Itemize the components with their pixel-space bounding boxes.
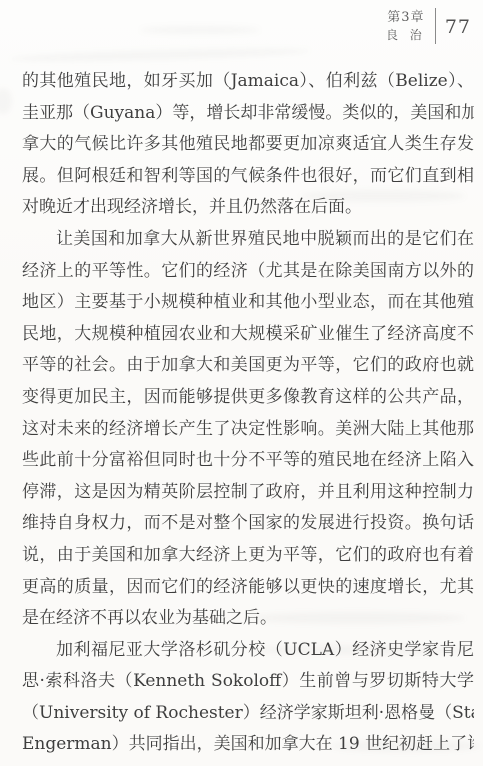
scan-bleedthrough-artifact [140, 26, 260, 34]
chapter-title: 良 治 [386, 27, 426, 43]
text-line: 展。但阿根廷和智利等国的气候条件也很好，而它们直到相 [22, 161, 474, 193]
paragraph: 的其他殖民地，如牙买加（Jamaica）、伯利兹（Belize）、圭亚那（Guy… [22, 66, 474, 224]
text-line: Engerman）共同指出，美国和加拿大在 19 世纪初赶上了许 [22, 729, 474, 761]
scan-bleedthrough-artifact [0, 88, 12, 114]
text-line: 维持自身权力，而不是对整个国家的发展进行投资。换句话 [22, 508, 474, 540]
book-page: 第3章 良 治 77 的其他殖民地，如牙买加（Jamaica）、伯利兹（Beli… [0, 0, 483, 766]
text-line: （University of Rochester）经济学家斯坦利·恩格曼（Sta… [22, 698, 474, 730]
text-line: 圭亚那（Guyana）等，增长却非常缓慢。类似的，美国和加 [22, 98, 474, 130]
text-line: 平等的社会。由于加拿大和美国更为平等，它们的政府也就 [22, 350, 474, 382]
text-line: 的其他殖民地，如牙买加（Jamaica）、伯利兹（Belize）、 [22, 66, 474, 98]
text-line: 这对未来的经济增长产生了决定性影响。美洲大陆上其他那 [22, 414, 474, 446]
text-line: 民地，大规模种植园农业和大规模采矿业催生了经济高度不 [22, 319, 474, 351]
text-line: 变得更加民主，因而能够提供更多像教育这样的公共产品， [22, 382, 474, 414]
chapter-label: 第3章 良 治 [386, 9, 426, 44]
text-line: 拿大的气候比许多其他殖民地都要更加凉爽适宜人类生存发 [22, 129, 474, 161]
scan-bleedthrough-artifact [10, 46, 310, 64]
chapter-number: 第3章 [386, 9, 426, 27]
text-line: 停滞，这是因为精英阶层控制了政府，并且利用这种控制力 [22, 477, 474, 509]
text-line: 让美国和加拿大从新世界殖民地中脱颖而出的是它们在 [22, 224, 474, 256]
text-line: 更高的质量，因而它们的经济能够以更快的速度增长，尤其 [22, 572, 474, 604]
running-header: 第3章 良 治 77 [386, 8, 471, 44]
text-line: 经济上的平等性。它们的经济（尤其是在除美国南方以外的 [22, 256, 474, 288]
header-divider [435, 8, 436, 44]
page-number: 77 [445, 14, 471, 38]
text-line: 对晚近才出现经济增长，并且仍然落在后面。 [22, 192, 474, 224]
paragraph: 加利福尼亚大学洛杉矶分校（UCLA）经济史学家肯尼思·索科洛夫（Kenneth … [22, 635, 474, 761]
text-line: 说，由于美国和加拿大经济上更为平等，它们的政府也有着 [22, 540, 474, 572]
paragraph: 让美国和加拿大从新世界殖民地中脱颖而出的是它们在经济上的平等性。它们的经济（尤其… [22, 224, 474, 635]
text-line: 加利福尼亚大学洛杉矶分校（UCLA）经济史学家肯尼 [22, 635, 474, 667]
text-line: 地区）主要基于小规模种植业和其他小型业态，而在其他殖 [22, 287, 474, 319]
text-line: 思·索科洛夫（Kenneth Sokoloff）生前曾与罗切斯特大学 [22, 666, 474, 698]
text-line: 是在经济不再以农业为基础之后。 [22, 603, 474, 635]
text-line: 些此前十分富裕但同时也十分不平等的殖民地在经济上陷入 [22, 445, 474, 477]
body-text: 的其他殖民地，如牙买加（Jamaica）、伯利兹（Belize）、圭亚那（Guy… [22, 66, 474, 761]
